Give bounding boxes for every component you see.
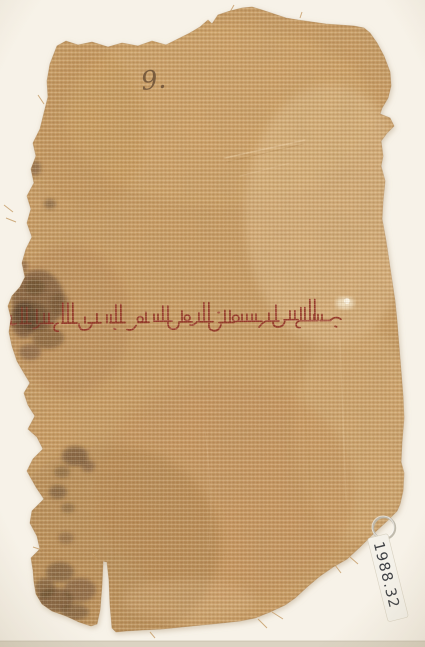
vignette xyxy=(0,0,425,647)
photo-stage: 9. 1988.32 xyxy=(0,0,425,647)
photograph: 9. 1988.32 xyxy=(0,0,425,647)
